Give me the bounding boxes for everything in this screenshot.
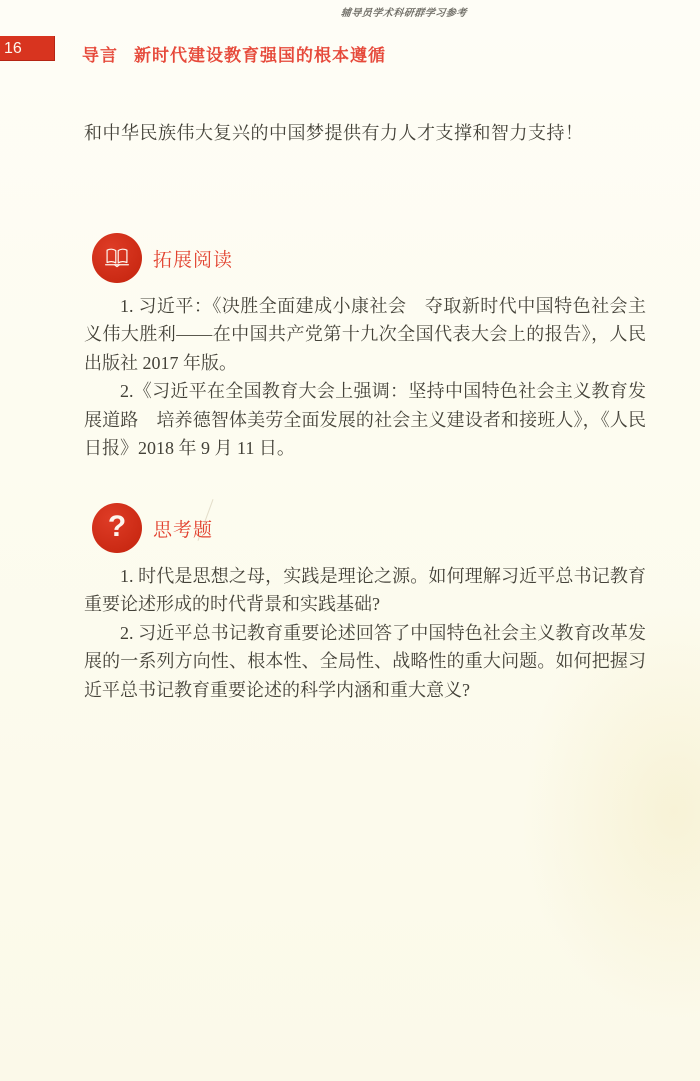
think-questions-heading: ? 思考题 (92, 503, 213, 553)
reading-item: 2.《习近平在全国教育大会上强调：坚持中国特色社会主义教育发展道路 培养德智体美… (84, 377, 646, 462)
question-item: 2. 习近平总书记教育重要论述回答了中国特色社会主义教育改革发展的一系列方向性、… (84, 619, 646, 704)
body-intro-line: 和中华民族伟大复兴的中国梦提供有力人才支撑和智力支持！ (84, 119, 659, 145)
extended-reading-title: 拓展阅读 (153, 245, 233, 272)
page-number: 16 (4, 40, 22, 57)
open-book-icon (92, 233, 142, 283)
question-item: 1. 时代是思想之母，实践是理论之源。如何理解习近平总书记教育重要论述形成的时代… (84, 562, 646, 619)
think-questions-title: 思考题 (153, 515, 213, 542)
extended-reading-heading: 拓展阅读 (92, 233, 233, 283)
extended-reading-list: 1. 习近平：《决胜全面建成小康社会 夺取新时代中国特色社会主义伟大胜利——在中… (84, 292, 646, 462)
reading-item: 1. 习近平：《决胜全面建成小康社会 夺取新时代中国特色社会主义伟大胜利——在中… (84, 292, 646, 377)
question-mark-icon: ? (92, 503, 142, 553)
book-page: 辅导员学术科研群学习参考 16 导言 新时代建设教育强国的根本遵循 和中华民族伟… (0, 0, 700, 1081)
think-questions-list: 1. 时代是思想之母，实践是理论之源。如何理解习近平总书记教育重要论述形成的时代… (84, 562, 646, 704)
running-head-section-label: 导言 (82, 41, 118, 66)
page-number-tab: 16 (0, 36, 55, 61)
running-head: 导言 新时代建设教育强国的根本遵循 (82, 41, 386, 66)
watermark-text: 辅导员学术科研群学习参考 (340, 4, 468, 19)
running-head-chapter-title: 新时代建设教育强国的根本遵循 (134, 41, 386, 66)
